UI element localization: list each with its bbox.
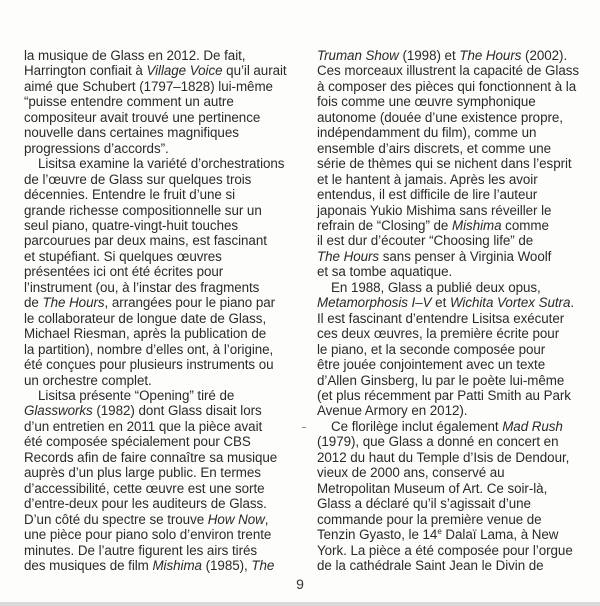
- text-run: York. La pièce a été composée pour l’org…: [317, 543, 573, 558]
- text-line: Michael Riesman, après la publication de: [24, 326, 296, 341]
- italic-title: Mishima: [152, 558, 202, 573]
- text-run: décennies. Entendre le fruit d’une si: [24, 187, 235, 202]
- text-line: Metropolitan Museum of Art. Ce soir-là,: [317, 481, 589, 496]
- text-line: et sa tombe aquatique.: [317, 264, 589, 279]
- text-line: et stupéfiant. Si quelques œuvres: [24, 249, 296, 264]
- text-run: un orchestre complet.: [24, 373, 152, 388]
- text-run: .: [570, 295, 574, 310]
- text-run: (1985),: [202, 558, 251, 573]
- text-run: En 1988, Glass a publié deux opus,: [331, 280, 541, 295]
- text-run: indépendamment du film), comme un: [317, 125, 536, 140]
- text-line: à composer des pièces qui fonctionnent à…: [317, 79, 589, 94]
- text-line: Harrington confiait à Village Voice qu’i…: [24, 63, 296, 78]
- text-run: été conçues pour plusieurs instruments o…: [24, 357, 274, 372]
- text-run: une pièce pour piano solo d’environ tren…: [24, 527, 271, 542]
- text-line: Lisitsa examine la variété d’orchestrati…: [24, 156, 296, 171]
- text-run: 2012 du haut du Temple d’Isis de Dendour…: [317, 450, 569, 465]
- text-line: Glassworks (1982) dont Glass disait lors: [24, 403, 296, 418]
- text-run: à composer des pièces qui fonctionnent à…: [317, 79, 576, 94]
- page-number: 9: [0, 576, 600, 592]
- italic-title: Truman Show: [317, 48, 399, 63]
- italic-title: Wichita Vortex Sutra: [450, 295, 570, 310]
- text-run: (1982) dont Glass disait lors: [93, 403, 262, 418]
- text-run: commande pour la première venue de: [317, 512, 542, 527]
- text-line: d’accessibilité, cette œuvre est une sor…: [24, 481, 296, 496]
- text-run: qu’il aurait: [223, 63, 287, 78]
- italic-title: Metamorphosis I–V: [317, 295, 432, 310]
- text-run: entendus, il est difficile de lire l’aut…: [317, 187, 537, 202]
- text-run: autonome (douée d’une existence propre,: [317, 110, 563, 125]
- text-run: Ces morceaux illustrent la capacité de G…: [317, 63, 579, 78]
- text-line: parcourues par deux mains, est fascinant: [24, 233, 296, 248]
- text-run: et le hantent à jamais. Après les avoir: [317, 172, 538, 187]
- text-run: Metropolitan Museum of Art. Ce soir-là,: [317, 481, 547, 496]
- text-run: Lisitsa examine la variété d’orchestrati…: [38, 156, 284, 171]
- text-line: Ce florilège inclut également Mad Rush: [317, 419, 589, 434]
- text-line: ensemble d’airs discrets, et comme une: [317, 141, 589, 156]
- text-line: la musique de Glass en 2012. De fait,: [24, 48, 296, 63]
- text-run: (1979), que Glass a donné en concert en: [317, 434, 558, 449]
- text-line: indépendamment du film), comme un: [317, 125, 589, 140]
- text-line: de The Hours, arrangées pour le piano pa…: [24, 295, 296, 310]
- text-line: D’un côté du spectre se trouve How Now,: [24, 512, 296, 527]
- text-line: progressions d’accords”.: [24, 141, 296, 156]
- text-line: le piano, et la seconde composée pour: [317, 342, 589, 357]
- text-line: En 1988, Glass a publié deux opus,: [317, 280, 589, 295]
- text-run: le piano, et la seconde composée pour: [317, 342, 545, 357]
- text-run: d’accessibilité, cette œuvre est une sor…: [24, 481, 265, 496]
- text-run: Avenue Armory en 2012).: [317, 403, 467, 418]
- text-run: Glass a déclaré qu’il s’agissait d’une: [317, 496, 531, 511]
- text-line: être jouée conjointement avec un texte: [317, 357, 589, 372]
- text-line: le collaborateur de longue date de Glass…: [24, 311, 296, 326]
- text-line: été composée spécialement pour CBS: [24, 434, 296, 449]
- text-line: “puisse entendre comment un autre: [24, 94, 296, 109]
- text-line: l’instrument (ou, à l’instar des fragmen…: [24, 280, 296, 295]
- text-line: minutes. De l’autre figurent les airs ti…: [24, 543, 296, 558]
- text-run: la partition), nombre d’elles ont, à l’o…: [24, 342, 273, 357]
- text-line: fois comme une œuvre symphonique: [317, 94, 589, 109]
- text-line: vieux de 2000 ans, conservé au: [317, 465, 589, 480]
- text-line: 2012 du haut du Temple d’Isis de Dendour…: [317, 450, 589, 465]
- text-run: grande richesse compositionnelle sur un: [24, 203, 262, 218]
- text-line: auprès d’un plus large public. En termes: [24, 465, 296, 480]
- text-run: le collaborateur de longue date de Glass…: [24, 311, 266, 326]
- text-line: Avenue Armory en 2012).: [317, 403, 589, 418]
- text-run: d’un entretien en 2011 que la pièce avai…: [24, 419, 262, 434]
- text-line: nouvelle dans certaines magnifiques: [24, 125, 296, 140]
- text-line: d’Allen Ginsberg, lu par le poète lui-mê…: [317, 373, 589, 388]
- text-run: ces deux œuvres, la première écrite pour: [317, 326, 559, 341]
- text-run: japonais Yukio Mishima sans réveiller le: [317, 203, 551, 218]
- text-line: des musiques de film Mishima (1985), The: [24, 558, 296, 573]
- text-run: aimé que Schubert (1797–1828) lui-même: [24, 79, 273, 94]
- text-line: Metamorphosis I–V et Wichita Vortex Sutr…: [317, 295, 589, 310]
- page-bottom-edge: [0, 602, 600, 606]
- text-line: entendus, il est difficile de lire l’aut…: [317, 187, 589, 202]
- right-text-column: Truman Show (1998) et The Hours (2002).C…: [317, 48, 589, 573]
- text-run: progressions d’accords”.: [24, 141, 169, 156]
- text-run: présentées ici ont été écrites pour: [24, 264, 223, 279]
- text-line: Lisitsa présente “Opening” tiré de: [24, 388, 296, 403]
- text-line: et le hantent à jamais. Après les avoir: [317, 172, 589, 187]
- text-run: D’un côté du spectre se trouve: [24, 512, 208, 527]
- text-run: ensemble d’airs discrets, et comme une: [317, 141, 551, 156]
- text-line: compositeur avait trouvé une pertinence: [24, 110, 296, 125]
- text-run: Il est fascinant d’entendre Lisitsa exéc…: [317, 311, 564, 326]
- text-run: ,: [265, 512, 269, 527]
- text-run: et sa tombe aquatique.: [317, 264, 452, 279]
- text-line: de l’œuvre de Glass sur quelques trois: [24, 172, 296, 187]
- text-line: d’un entretien en 2011 que la pièce avai…: [24, 419, 296, 434]
- text-run: seul piano, quatre-vingt-huit touches: [24, 218, 238, 233]
- text-line: une pièce pour piano solo d’environ tren…: [24, 527, 296, 542]
- italic-title: Mad Rush: [502, 419, 563, 434]
- text-line: grande richesse compositionnelle sur un: [24, 203, 296, 218]
- text-run: compositeur avait trouvé une pertinence: [24, 110, 260, 125]
- italic-title: Mishima: [452, 218, 502, 233]
- text-run: et: [432, 295, 450, 310]
- text-line: Il est fascinant d’entendre Lisitsa exéc…: [317, 311, 589, 326]
- text-line: série de thèmes qui se nichent dans l’es…: [317, 156, 589, 171]
- italic-title: The: [251, 558, 274, 573]
- text-line: (et plus récemment par Patti Smith au Pa…: [317, 388, 589, 403]
- text-line: de la cathédrale Saint Jean le Divin de: [317, 558, 589, 573]
- text-run: (1998) et: [399, 48, 460, 63]
- text-line: seul piano, quatre-vingt-huit touches: [24, 218, 296, 233]
- text-run: Harrington confiait à: [24, 63, 146, 78]
- text-run: vieux de 2000 ans, conservé au: [317, 465, 505, 480]
- text-line: décennies. Entendre le fruit d’une si: [24, 187, 296, 202]
- text-run: parcourues par deux mains, est fascinant: [24, 233, 267, 248]
- text-line: aimé que Schubert (1797–1828) lui-même: [24, 79, 296, 94]
- text-run: Lisitsa présente “Opening” tiré de: [38, 388, 234, 403]
- text-run: il est dur d’écouter “Choosing life” de: [317, 233, 533, 248]
- text-line: (1979), que Glass a donné en concert en: [317, 434, 589, 449]
- text-run: Dalaï Lama, à New: [442, 527, 559, 542]
- text-run: la musique de Glass en 2012. De fait,: [24, 48, 245, 63]
- text-line: Tenzin Gyasto, le 14e Dalaï Lama, à New: [317, 527, 589, 542]
- text-run: minutes. De l’autre figurent les airs ti…: [24, 543, 257, 558]
- text-line: The Hours sans penser à Virginia Woolf: [317, 249, 589, 264]
- text-run: comme: [502, 218, 549, 233]
- text-line: il est dur d’écouter “Choosing life” de: [317, 233, 589, 248]
- text-run: (et plus récemment par Patti Smith au Pa…: [317, 388, 571, 403]
- text-line: été conçues pour plusieurs instruments o…: [24, 357, 296, 372]
- text-run: Ce florilège inclut également: [331, 419, 502, 434]
- text-run: d’Allen Ginsberg, lu par le poète lui-mê…: [317, 373, 564, 388]
- text-run: fois comme une œuvre symphonique: [317, 94, 536, 109]
- text-line: japonais Yukio Mishima sans réveiller le: [317, 203, 589, 218]
- text-run: Tenzin Gyasto, le 14: [317, 527, 437, 542]
- text-line: présentées ici ont été écrites pour: [24, 264, 296, 279]
- text-run: sans penser à Virginia Woolf: [379, 249, 551, 264]
- text-line: ces deux œuvres, la première écrite pour: [317, 326, 589, 341]
- italic-title: The Hours: [317, 249, 379, 264]
- text-line: autonome (douée d’une existence propre,: [317, 110, 589, 125]
- text-line: refrain de “Closing” de Mishima comme: [317, 218, 589, 233]
- italic-title: Glassworks: [24, 403, 93, 418]
- italic-title: Village Voice: [146, 63, 222, 78]
- text-run: l’instrument (ou, à l’instar des fragmen…: [24, 280, 259, 295]
- text-run: d’entre-deux pour les auditeurs de Glass…: [24, 496, 267, 511]
- print-mark: [302, 427, 306, 428]
- text-line: Ces morceaux illustrent la capacité de G…: [317, 63, 589, 78]
- text-line: Truman Show (1998) et The Hours (2002).: [317, 48, 589, 63]
- text-run: de la cathédrale Saint Jean le Divin de: [317, 558, 544, 573]
- text-run: des musiques de film: [24, 558, 152, 573]
- text-run: et stupéfiant. Si quelques œuvres: [24, 249, 222, 264]
- text-run: de l’œuvre de Glass sur quelques trois: [24, 172, 251, 187]
- text-run: Michael Riesman, après la publication de: [24, 326, 266, 341]
- text-line: la partition), nombre d’elles ont, à l’o…: [24, 342, 296, 357]
- text-run: (2002).: [521, 48, 567, 63]
- text-line: d’entre-deux pour les auditeurs de Glass…: [24, 496, 296, 511]
- left-text-column: la musique de Glass en 2012. De fait,Har…: [24, 48, 296, 573]
- text-run: être jouée conjointement avec un texte: [317, 357, 545, 372]
- text-run: de: [24, 295, 42, 310]
- italic-title: The Hours: [459, 48, 521, 63]
- text-run: nouvelle dans certaines magnifiques: [24, 125, 239, 140]
- text-run: “puisse entendre comment un autre: [24, 94, 234, 109]
- text-run: , arrangées pour le piano par: [105, 295, 276, 310]
- text-line: commande pour la première venue de: [317, 512, 589, 527]
- booklet-page: la musique de Glass en 2012. De fait,Har…: [0, 0, 600, 602]
- text-run: série de thèmes qui se nichent dans l’es…: [317, 156, 572, 171]
- italic-title: How Now: [208, 512, 265, 527]
- italic-title: The Hours: [42, 295, 104, 310]
- text-run: Records afin de faire connaître sa musiq…: [24, 450, 277, 465]
- text-line: York. La pièce a été composée pour l’org…: [317, 543, 589, 558]
- text-run: été composée spécialement pour CBS: [24, 434, 251, 449]
- text-run: refrain de “Closing” de: [317, 218, 452, 233]
- text-line: Glass a déclaré qu’il s’agissait d’une: [317, 496, 589, 511]
- text-line: Records afin de faire connaître sa musiq…: [24, 450, 296, 465]
- text-line: un orchestre complet.: [24, 373, 296, 388]
- text-run: auprès d’un plus large public. En termes: [24, 465, 261, 480]
